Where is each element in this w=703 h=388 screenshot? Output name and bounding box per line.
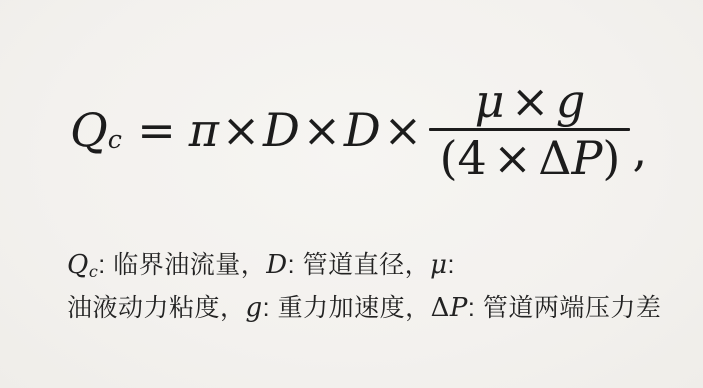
multiply-sign: × (303, 103, 342, 157)
fraction-denominator: (4 × Δ P ) (429, 131, 630, 185)
legend-symbol-P: P (450, 293, 468, 323)
symbol-Q: Q (70, 103, 108, 157)
definition-line-1: Qc:临界油流量，D:管道直径，μ: (67, 244, 661, 287)
multiply-sign: × (511, 74, 550, 128)
equation: Qc = π × D × D × μ × g (4 × Δ P ) , (70, 74, 647, 186)
paren-open-4: (4 (440, 131, 487, 185)
colon: : (468, 294, 475, 322)
variable-definitions: Qc:临界油流量，D:管道直径，μ: 油液动力粘度，g:重力加速度，ΔP:管道两… (67, 244, 661, 330)
multiply-sign: × (384, 103, 423, 157)
colon: : (448, 251, 455, 279)
legend-symbol-D: D (266, 250, 287, 280)
equals-sign: = (137, 103, 176, 157)
symbol-D-2: D (344, 103, 381, 157)
symbol-D-1: D (263, 103, 300, 157)
symbol-P: P (571, 131, 602, 185)
legend-symbol-mu: μ (430, 250, 447, 280)
definition-g: 重力加速度， (278, 294, 431, 322)
fraction: μ × g (4 × Δ P ) (429, 74, 630, 186)
legend-symbol-delta: Δ (431, 293, 450, 323)
symbol-mu: μ (475, 74, 505, 128)
definition-mu: 油液动力粘度， (67, 294, 246, 322)
subscript-c: c (108, 125, 122, 154)
multiply-sign: × (222, 103, 261, 157)
colon: : (288, 251, 295, 279)
definition-D: 管道直径， (303, 251, 431, 279)
multiply-sign: × (493, 131, 532, 185)
colon: : (263, 294, 270, 322)
legend-symbol-g: g (246, 293, 263, 323)
colon: : (98, 251, 105, 279)
legend-subscript-c: c (89, 262, 98, 281)
formula-image: Qc = π × D × D × μ × g (4 × Δ P ) , (0, 0, 703, 388)
definition-line-2: 油液动力粘度，g:重力加速度，ΔP:管道两端压力差 (67, 287, 661, 330)
definition-deltaP: 管道两端压力差 (483, 294, 662, 322)
trailing-comma: , (632, 122, 647, 176)
fraction-numerator: μ × g (464, 74, 595, 128)
symbol-g: g (556, 74, 585, 128)
symbol-delta: Δ (538, 131, 571, 185)
legend-symbol-Q: Q (67, 250, 89, 280)
symbol-pi: π (189, 103, 219, 157)
paren-close: ) (602, 131, 620, 185)
definition-Qc: 临界油流量， (113, 251, 266, 279)
